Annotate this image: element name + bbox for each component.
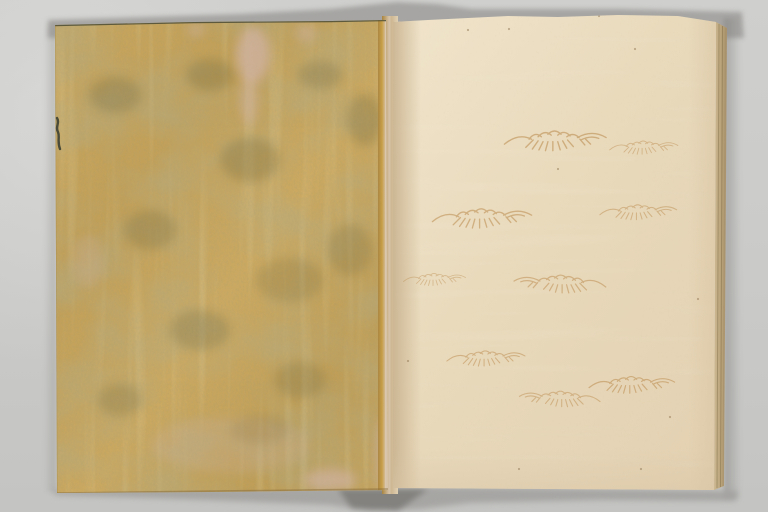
bottom-page-shading bbox=[388, 449, 718, 497]
gutter-shadow-on-page bbox=[393, 11, 421, 497]
foxing-speck bbox=[557, 168, 559, 170]
foxing-speck bbox=[640, 468, 642, 470]
wear-patch bbox=[186, 23, 206, 37]
tarnish-blotch bbox=[124, 210, 176, 250]
foxing-speck bbox=[669, 416, 671, 418]
fore-edge-shading bbox=[688, 11, 716, 497]
wear-patch bbox=[240, 74, 258, 126]
wear-patch bbox=[297, 24, 315, 42]
tarnish-blotch bbox=[98, 384, 142, 416]
tarnish-blotch bbox=[347, 94, 383, 146]
tarnish-blotch bbox=[328, 224, 372, 276]
tarnish-blotch bbox=[256, 258, 324, 302]
left-page-gold-inside-cover bbox=[54, 18, 390, 494]
wear-patch bbox=[150, 417, 310, 473]
photo-open-gold-book: An open antique book on a light gray sur… bbox=[0, 0, 768, 512]
foxing-speck bbox=[407, 360, 409, 362]
tarnish-blotch bbox=[298, 61, 342, 89]
foxing-speck bbox=[634, 48, 636, 50]
wear-patch bbox=[236, 27, 270, 83]
tarnish-blotch bbox=[186, 59, 234, 91]
right-page-flyleaf bbox=[388, 11, 730, 497]
tarnish-blotch bbox=[89, 77, 141, 113]
foxing-speck bbox=[598, 15, 600, 17]
tarnish-blotch bbox=[220, 138, 280, 182]
foxing-speck bbox=[467, 29, 469, 31]
wear-patch bbox=[72, 236, 104, 288]
gutter-gold-strip bbox=[378, 18, 386, 494]
foxing-speck bbox=[508, 28, 510, 30]
tarnish-blotch bbox=[274, 362, 326, 398]
foxing-speck bbox=[518, 468, 520, 470]
tarnish-blotch bbox=[170, 310, 230, 350]
foxing-speck bbox=[697, 298, 699, 300]
paper-grain-texture bbox=[388, 11, 718, 497]
wear-patch bbox=[304, 469, 356, 491]
